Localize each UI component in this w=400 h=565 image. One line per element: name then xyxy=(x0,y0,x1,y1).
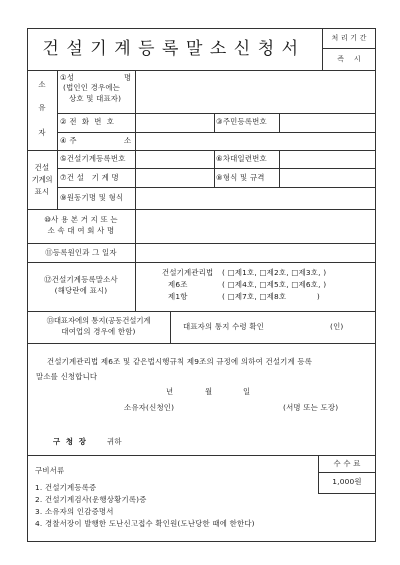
law-name: 건설기계관리법 xyxy=(162,268,213,278)
attachment-item: 2. 건설기계검사(운행상황기록)증 xyxy=(35,495,147,505)
name-label-note2: 상호 및 대표자) xyxy=(69,94,121,104)
address-label-end: 소 xyxy=(124,136,131,146)
owner-group-label-2: 유 xyxy=(27,103,57,113)
machine-group-label-3: 표시 xyxy=(27,187,57,197)
row-line xyxy=(27,455,376,456)
representative-label-1: ⑬대표자에의 통지(공동건설기계 xyxy=(27,316,170,326)
representative-label-2: 대여업의 경우에 한함) xyxy=(27,327,170,337)
reg-no-field[interactable] xyxy=(136,151,214,168)
recipient-suffix: 귀하 xyxy=(107,437,122,447)
law-paragraph: 제1항 xyxy=(168,292,188,302)
date-month: 월 xyxy=(205,387,212,397)
cancel-reason-label-2: (해당란에 표시) xyxy=(27,286,135,296)
usage-base-label-2: 소 속 대 여 회 사 명 xyxy=(27,226,135,236)
fee-bottom-line xyxy=(318,493,376,494)
name-label-end: 명 xyxy=(124,73,131,83)
date-day: 일 xyxy=(243,387,250,397)
name-label-note1: (법인인 경우에는 xyxy=(63,83,120,93)
representative-confirm-label: 대표자의 통지 수령 확인 xyxy=(183,322,264,332)
machine-name-field[interactable] xyxy=(136,169,214,187)
owner-group-label-3: 자 xyxy=(27,128,57,138)
attachment-item: 3. 소유자의 인감증명서 xyxy=(35,507,114,517)
phone-field[interactable] xyxy=(136,114,214,132)
address-field[interactable] xyxy=(136,133,375,150)
chassis-no-label: ⑥차대일련번호 xyxy=(216,154,267,164)
row-line xyxy=(27,343,376,344)
reason-options-1[interactable]: ( □제1호, □제2호, □제3호, ) xyxy=(222,268,326,278)
name-label: ①성 xyxy=(60,73,74,83)
processing-period-value: 즉 시 xyxy=(322,54,376,64)
reason-options-3[interactable]: ( □제7호, □제8호 ) xyxy=(222,292,320,302)
reg-cause-label: ⑪등록원인과 그 일자 xyxy=(27,248,135,258)
machine-name-label: ⑦건 설 기 계 명 xyxy=(60,173,119,183)
fee-value: 1,000원 xyxy=(318,477,376,487)
reason-options-2[interactable]: ( □제4호, □제5호, □제6호, ) xyxy=(222,280,326,290)
resident-no-field[interactable] xyxy=(280,114,375,132)
name-field[interactable] xyxy=(136,71,375,112)
fee-divider xyxy=(318,472,376,473)
col-line xyxy=(170,311,171,343)
row-line xyxy=(27,262,376,263)
recipient-name: 구 청 장 xyxy=(53,437,86,447)
attachment-item: 1. 건설기계등록증 xyxy=(35,483,96,493)
owner-group-label-1: 소 xyxy=(27,80,57,90)
row-line xyxy=(27,311,376,312)
engine-field[interactable] xyxy=(136,188,375,209)
reg-cause-field[interactable] xyxy=(136,244,375,262)
applicant-label: 소유자(신청인) xyxy=(124,403,174,413)
resident-no-label: ③주민등록번호 xyxy=(216,117,267,127)
attachments-heading: 구비서류 xyxy=(35,466,64,476)
period-divider xyxy=(322,48,376,49)
date-year: 년 xyxy=(166,387,173,397)
label-col-line xyxy=(135,262,136,311)
chassis-no-field[interactable] xyxy=(280,151,375,168)
processing-period-label: 처 리 기 간 xyxy=(322,33,376,43)
reg-no-label: ⑤건설기계등록번호 xyxy=(60,154,126,164)
machine-group-label-1: 건설 xyxy=(27,163,57,173)
engine-label: ⑨원동기명 및 형식 xyxy=(60,193,123,203)
col-line xyxy=(214,113,215,132)
cancel-reason-label-1: ⑫건설기계등록말소사 xyxy=(27,275,135,285)
machine-group-label-2: 기계의 xyxy=(27,175,57,185)
representative-seal[interactable]: (인) xyxy=(330,322,344,332)
group-col-line xyxy=(57,70,58,209)
declaration-text-2: 말소를 신청합니다 xyxy=(36,372,97,382)
phone-label: ② 전 화 번 호 xyxy=(60,117,114,127)
form-title: 건설기계등록말소신청서 xyxy=(30,39,318,59)
usage-base-field[interactable] xyxy=(136,210,375,243)
model-label: ⑧형식 및 규격 xyxy=(216,173,265,183)
signature-label[interactable]: (서명 또는 도장) xyxy=(283,403,338,413)
model-field[interactable] xyxy=(280,169,375,187)
law-article: 제6조 xyxy=(168,280,188,290)
declaration-text-1: 건설기계관리법 제6조 및 같은법시행규칙 제9조의 규정에 의하여 건설기계 … xyxy=(47,357,312,367)
usage-base-label-1: ⑩사 용 본 거 지 또 는 xyxy=(27,215,135,225)
attachment-item: 4. 경찰서장이 발행한 도난신고접수 확인원(도난당한 때에 한한다) xyxy=(35,519,255,529)
address-label: ④ 주 xyxy=(60,136,77,146)
fee-label: 수 수 료 xyxy=(318,459,376,469)
